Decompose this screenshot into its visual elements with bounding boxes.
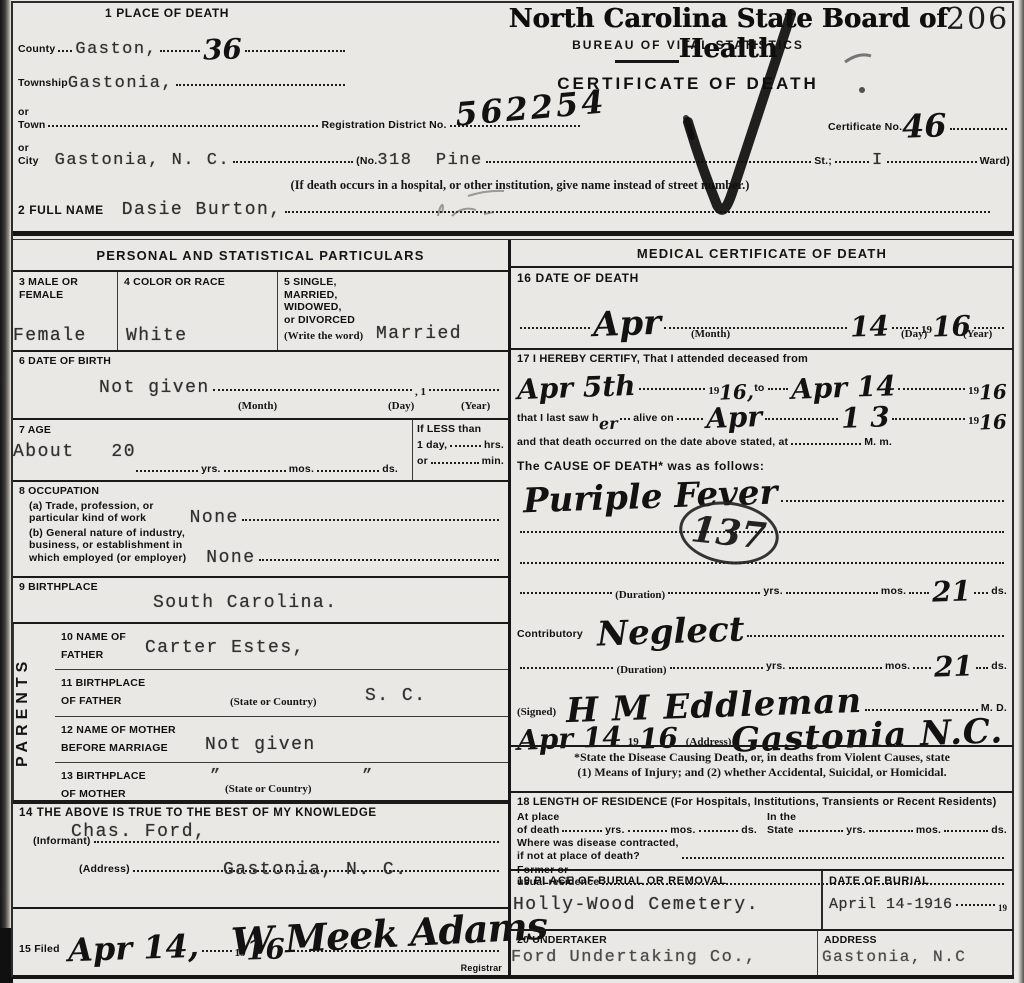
mother-birthplace-note: (State or Country) — [225, 783, 312, 795]
less-than-label: If LESS than — [417, 423, 504, 436]
birthplace-label: 9 BIRTHPLACE — [19, 581, 502, 594]
to-19: 19 — [968, 385, 979, 397]
street-label: St.; — [814, 155, 832, 168]
certify-label: 17 I HEREBY CERTIFY, That I attended dec… — [517, 353, 1007, 366]
contributory-duration-label: (Duration) — [616, 664, 666, 676]
house-no-label: (No. — [356, 155, 377, 168]
parents-vertical-label: PARENTS — [13, 624, 55, 800]
title-rule — [615, 60, 679, 63]
informant-value: Chas. Ford, — [71, 822, 206, 842]
birthplace-row: 9 BIRTHPLACE South Carolina. — [13, 578, 508, 624]
bureau-subtitle: BUREAU OF VITAL STATISTICS — [483, 38, 893, 52]
age-label: 7 AGE — [19, 424, 406, 437]
contributory-mos-label: mos. — [885, 660, 910, 673]
dod-day-label: (Day) — [901, 328, 927, 340]
certificate-no-value: 46 — [902, 109, 948, 143]
at-place-label: At place of death — [517, 811, 559, 836]
undertaker-address-label: ADDRESS — [824, 934, 1007, 947]
ward-label: Ward) — [980, 155, 1010, 168]
medical-column: MEDICAL CERTIFICATE OF DEATH 16 DATE OF … — [508, 240, 1014, 975]
township-value: Gastonia, — [68, 74, 173, 93]
to-word: to — [754, 382, 764, 395]
in-state-label: In the State — [767, 811, 796, 836]
board-title: North Carolina State Board of Health — [483, 4, 973, 64]
burial-row: 19 PLACE OF BURIAL OR REMOVAL Holly-Wood… — [511, 871, 1013, 931]
sex-label: 3 MALE OR FEMALE — [19, 276, 111, 301]
attended-to-year: 16 — [979, 382, 1008, 403]
burial-date-value: April 14-1916 — [829, 896, 953, 913]
county-value: Gaston, — [75, 40, 157, 59]
dob-year-prefix: , 1 — [415, 386, 426, 398]
occupation-a-value: None — [190, 508, 239, 528]
min-label: min. — [482, 455, 504, 468]
filed-label: 15 Filed — [19, 943, 60, 956]
contracted-label: Where was disease contracted, if not at … — [517, 837, 679, 862]
occupation-row: 8 OCCUPATION (a) Trade, profession, or p… — [13, 482, 508, 578]
dod-year-label: (Year) — [963, 328, 992, 340]
knowledge-statement-label: 14 THE ABOVE IS TRUE TO THE BEST OF MY K… — [19, 807, 502, 821]
contributory-label: Contributory — [517, 628, 583, 641]
full-name-value: Dasie Burton, — [122, 200, 282, 220]
town-label: or Town — [18, 106, 45, 131]
father-name-value: Carter Estes, — [145, 638, 305, 658]
res-yrs2: yrs. — [846, 824, 865, 837]
cause-yrs-label: yrs. — [763, 585, 782, 598]
attended-to-date: Apr 14 — [790, 372, 896, 404]
occupation-b-value: None — [206, 548, 255, 568]
lastsaw-day: 1 3 — [840, 403, 890, 433]
medical-section-title: MEDICAL CERTIFICATE OF DEATH — [637, 246, 887, 261]
occurred-m-label: M. m. — [864, 436, 892, 449]
undertaker-label: 20 UNDERTAKER — [517, 934, 811, 947]
county-number: 36 — [203, 35, 243, 64]
personal-section-header: PERSONAL AND STATISTICAL PARTICULARS — [13, 240, 508, 272]
birthplace-value: South Carolina. — [153, 593, 338, 613]
parents-block: PARENTS 10 NAME OF FATHER Carter Estes, … — [13, 624, 508, 802]
age-value: About 20 — [13, 442, 136, 462]
city-value: Gastonia, N. C. — [55, 151, 231, 170]
footnote-line1: *State the Disease Causing Death, or, in… — [517, 750, 1007, 765]
date-of-birth-row: 6 DATE OF BIRTH Not given , 1 (Month) (D… — [13, 352, 508, 420]
county-label: County — [18, 43, 55, 56]
informant-block: 14 THE ABOVE IS TRUE TO THE BEST OF MY K… — [13, 802, 508, 909]
res-yrs1: yrs. — [605, 824, 624, 837]
personal-column: PERSONAL AND STATISTICAL PARTICULARS 3 M… — [13, 240, 508, 975]
signed-block: (Signed) H M Eddleman M. D. Apr 14 19 16… — [511, 678, 1013, 745]
burial-date-label: DATE OF BURIAL — [829, 875, 1007, 888]
dod-day: 14 — [850, 313, 890, 342]
father-birthplace-note: (State or Country) — [230, 696, 317, 708]
house-no-value: 318 Pine — [377, 151, 482, 170]
cause-mos-label: mos. — [881, 585, 906, 598]
city-label: or City — [18, 142, 39, 167]
race-label: 4 COLOR OR RACE — [124, 276, 271, 289]
occurred-label: and that death occurred on the date abov… — [517, 436, 788, 449]
dob-day-label: (Day) — [388, 400, 414, 412]
marital-label: 5 SINGLE, MARRIED, WIDOWED, or DIVORCED — [284, 276, 502, 326]
date-of-death-label: 16 DATE OF DEATH — [517, 271, 1007, 285]
attended-from-date: Apr 5th — [517, 372, 636, 404]
lastsaw-er: er — [598, 416, 617, 433]
burial-place-value: Holly-Wood Cemetery. — [513, 895, 759, 915]
contributory-value: Neglect — [596, 612, 745, 651]
dob-label: 6 DATE OF BIRTH — [19, 355, 502, 368]
cause-block: Puriple Fever (Duration) yrs. mos. 21 ds… — [511, 476, 1013, 600]
marital-note: (Write the word) — [284, 330, 363, 342]
mother-name-label: 12 NAME OF MOTHER BEFORE MARRIAGE — [61, 724, 176, 754]
signed-label: (Signed) — [517, 706, 556, 718]
dod-month-label: (Month) — [691, 328, 730, 340]
informant-address-value: Gastonia, N. C. — [223, 860, 408, 880]
burial-19: 19 — [998, 903, 1007, 913]
section-divider-bar — [13, 231, 1014, 236]
from-19: 19 — [708, 385, 719, 397]
lastsaw-19: 19 — [968, 415, 979, 427]
medical-section-header: MEDICAL CERTIFICATE OF DEATH — [511, 240, 1013, 268]
father-birthplace-label: 11 BIRTHPLACE OF FATHER — [61, 677, 145, 707]
registrar-label: Registrar — [461, 963, 502, 974]
mother-name-value: Not given — [205, 735, 316, 755]
filed-date: Apr 14, — [67, 930, 199, 967]
scan-right-edge — [1018, 0, 1024, 983]
sex-value: Female — [13, 326, 87, 346]
dob-month-label: (Month) — [238, 400, 277, 412]
lastsaw-year: 16 — [979, 412, 1008, 433]
footnote-line2: (1) Means of Injury; and (2) whether Acc… — [517, 765, 1007, 780]
bottom-border — [13, 975, 1014, 979]
res-mos1: mos. — [670, 824, 695, 837]
dod-month: Apr — [592, 306, 661, 342]
residence-label: 18 LENGTH OF RESIDENCE (For Hospitals, I… — [517, 796, 1007, 809]
death-certificate-scan: 1 PLACE OF DEATH 206 North Carolina Stat… — [0, 0, 1024, 983]
street-value: I — [872, 151, 884, 170]
undertaker-address-value: Gastonia, N.C — [822, 948, 966, 966]
res-mos2: mos. — [916, 824, 941, 837]
cause-code-value: 137 — [690, 511, 769, 555]
father-name-label: 10 NAME OF FATHER — [61, 631, 126, 661]
personal-section-title: PERSONAL AND STATISTICAL PARTICULARS — [96, 248, 424, 263]
hospital-note: (If death occurs in a hospital, or other… — [150, 178, 890, 193]
marital-value: Married — [376, 324, 462, 344]
footnote-block: *State the Disease Causing Death, or, in… — [511, 745, 1013, 793]
full-name-label: 2 FULL NAME — [18, 203, 104, 217]
or-label: or — [417, 455, 428, 468]
age-row: 7 AGE About 20 yrs. mos. ds. If LESS tha… — [13, 420, 508, 482]
township-label: Township — [18, 77, 68, 90]
scan-left-edge — [0, 0, 11, 983]
dob-value: Not given — [99, 378, 210, 398]
date-of-death-row: 16 DATE OF DEATH Apr 14 19 16 (Month) (D… — [511, 268, 1013, 350]
one-day-label: 1 day, — [417, 439, 447, 452]
registration-district-label: Registration District No. — [321, 119, 446, 132]
occupation-label: 8 OCCUPATION — [19, 485, 502, 498]
father-birthplace-value: S. C. — [365, 686, 427, 706]
res-ds2: ds. — [991, 824, 1007, 837]
filed-row: 15 Filed Apr 14, 19 16 W Meek Adams Regi… — [13, 909, 508, 975]
contributory-yrs-label: yrs. — [766, 660, 785, 673]
certify-block: 17 I HEREBY CERTIFY, That I attended dec… — [511, 350, 1013, 476]
age-mos-label: mos. — [289, 463, 314, 476]
mother-birthplace-label: 13 BIRTHPLACE OF MOTHER — [61, 770, 146, 800]
lastsaw-post-label: alive on — [633, 412, 674, 425]
undertaker-value: Ford Undertaking Co., — [511, 948, 757, 967]
undertaker-row: 20 UNDERTAKER Ford Undertaking Co., ADDR… — [511, 931, 1013, 975]
age-yrs-label: yrs. — [201, 463, 220, 476]
hrs-label: hrs. — [484, 439, 504, 452]
dob-year-label: (Year) — [461, 400, 490, 412]
informant-address-label: (Address) — [79, 863, 130, 876]
occupation-b-label: (b) General nature of industry, business… — [29, 527, 186, 565]
burial-place-label: 19 PLACE OF BURIAL OR REMOVAL — [517, 875, 815, 888]
certificate-no-label: Certificate No. — [828, 121, 902, 134]
race-value: White — [126, 326, 188, 346]
sex-race-marital-row: 3 MALE OR FEMALE Female 4 COLOR OR RACE … — [13, 272, 508, 352]
place-of-death-label: 1 PLACE OF DEATH — [105, 6, 229, 20]
res-ds1: ds. — [741, 824, 757, 837]
age-ds-label: ds. — [382, 463, 398, 476]
contributory-block: Contributory Neglect (Duration) yrs. mos… — [511, 600, 1013, 678]
residence-block: 18 LENGTH OF RESIDENCE (For Hospitals, I… — [511, 793, 1013, 871]
cause-of-death-label: The CAUSE OF DEATH* was as follows: — [517, 459, 1007, 473]
lastsaw-pre-label: that I last saw h — [517, 412, 599, 425]
contributory-ds-label: ds. — [991, 660, 1007, 673]
cause-ds-label: ds. — [991, 585, 1007, 598]
lastsaw-month: Apr — [705, 403, 762, 433]
occupation-a-label: (a) Trade, profession, or particular kin… — [29, 500, 154, 525]
